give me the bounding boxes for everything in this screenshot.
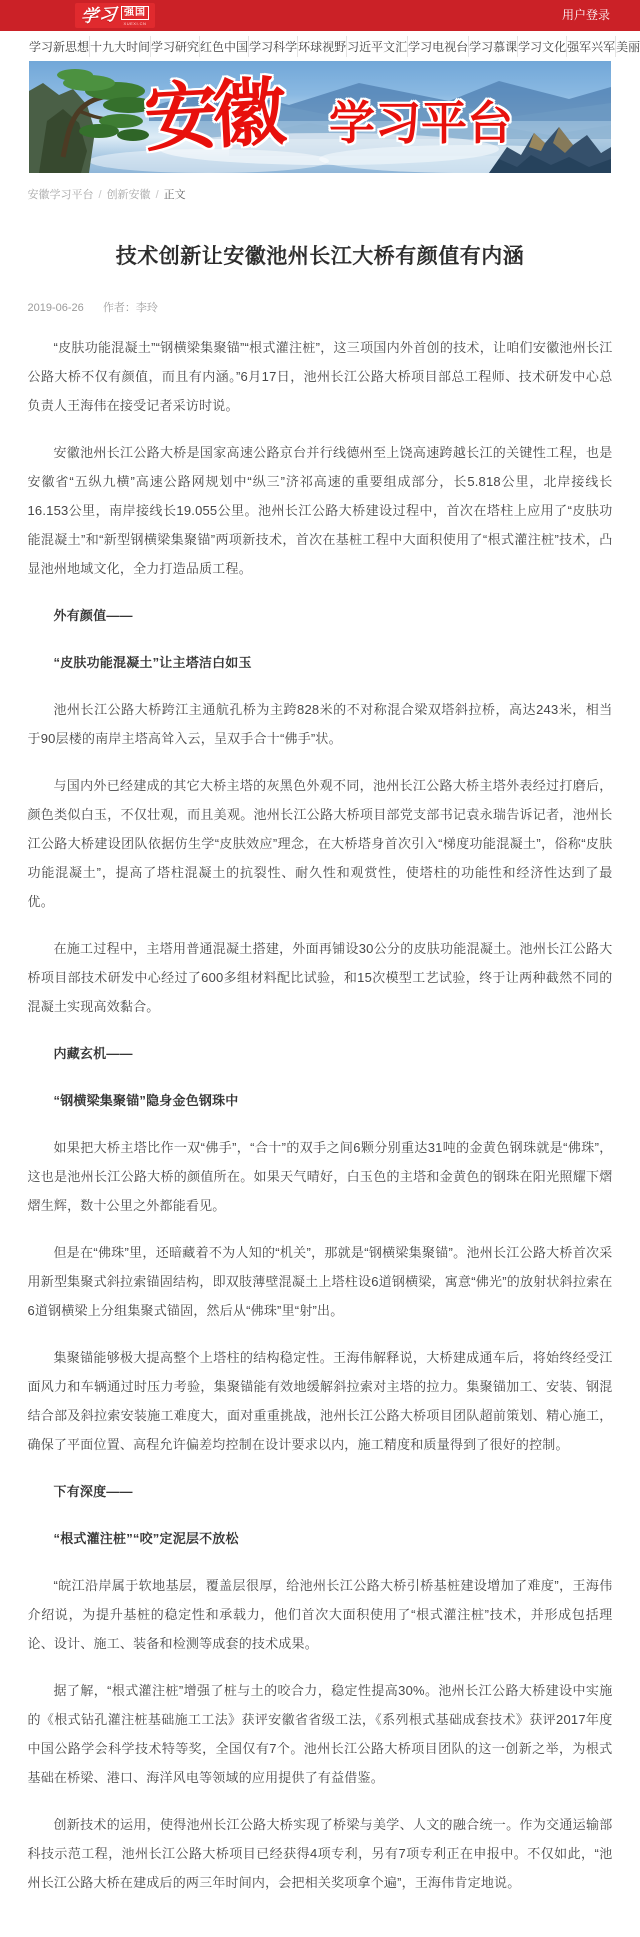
breadcrumb-item-0[interactable]: 安徽学习平台 [28,189,94,201]
breadcrumb-separator: / [99,189,102,201]
logo-script-text: 学习 [80,6,117,25]
section-heading: 内藏玄机—— [28,1039,613,1068]
paragraph: 在施工过程中，主塔用普通混凝土搭建，外面再铺设30公分的皮肤功能混凝土。池州长江… [28,934,613,1021]
paragraph: 安徽池州长江公路大桥是国家高速公路京台并行线德州至上饶高速跨越长江的关键性工程，… [28,438,613,583]
article-body: “皮肤功能混凝土”“钢横梁集聚锚”“根式灌注桩”，这三项国内外首创的技术，让咱们… [28,333,613,1897]
nav-item-2[interactable]: 学习研究 [150,36,199,57]
nav-item-11[interactable]: 美丽中国 [615,36,640,57]
section-heading: “皮肤功能混凝土”让主塔洁白如玉 [28,648,613,677]
anhui-platform-banner: 安徽 学习平台 [29,61,611,173]
breadcrumb: 安徽学习平台/创新安徽/正文 [28,186,613,202]
nav-item-5[interactable]: 环球视野 [297,36,346,57]
paragraph: 集聚锚能够极大提高整个上塔柱的结构稳定性。王海伟解释说，大桥建成通车后，将始终经… [28,1343,613,1459]
paragraph: “皮肤功能混凝土”“钢横梁集聚锚”“根式灌注桩”，这三项国内外首创的技术，让咱们… [28,333,613,420]
xuexi-qiangguo-logo[interactable]: 学习 强国 XUEXI.CN [75,3,155,28]
breadcrumb-item-2: 正文 [164,189,186,201]
user-login-link[interactable]: 用户登录 [562,0,610,31]
section-heading: 下有深度—— [28,1477,613,1506]
banner-platform-title: 学习平台 [329,87,513,153]
nav-item-7[interactable]: 学习电视台 [407,36,468,57]
logo-right-block: 强国 XUEXI.CN [121,6,149,26]
article: 技术创新让安徽池州长江大桥有颜值有内涵 2019-06-26 作者：李玲 “皮肤… [28,240,613,1937]
article-meta: 2019-06-26 作者：李玲 [28,299,613,315]
nav-item-9[interactable]: 学习文化 [517,36,566,57]
paragraph: 创新技术的运用，使得池州长江公路大桥实现了桥梁与美学、人文的融合统一。作为交通运… [28,1810,613,1897]
section-heading: “根式灌注桩”“咬”定泥层不放松 [28,1524,613,1553]
paragraph: 但是在“佛珠”里，还暗藏着不为人知的“机关”，那就是“钢横梁集聚锚”。池州长江公… [28,1238,613,1325]
banner-landscape-art [29,61,611,173]
section-heading: 外有颜值—— [28,601,613,630]
paragraph: 如果把大桥主塔比作一双“佛手”，“合十”的双手之间6颗分别重达31吨的金黄色钢珠… [28,1133,613,1220]
section-heading: “钢横梁集聚锚”隐身金色钢珠中 [28,1086,613,1115]
main-nav: 学习新思想十九大时间学习研究红色中国学习科学环球视野习近平文汇学习电视台学习慕课… [0,31,640,61]
nav-item-6[interactable]: 习近平文汇 [346,36,407,57]
publish-date: 2019-06-26 [28,302,84,314]
paragraph: “皖江沿岸属于软地基层，覆盖层很厚，给池州长江公路大桥引桥基桩建设增加了难度”，… [28,1571,613,1658]
author-label: 作者：李玲 [103,302,158,314]
nav-item-0[interactable]: 学习新思想 [29,36,89,57]
nav-item-8[interactable]: 学习慕课 [468,36,517,57]
article-title: 技术创新让安徽池州长江大桥有颜值有内涵 [28,240,613,270]
logo-box-text: 强国 [121,6,149,20]
banner-calligraphy-anhui: 安徽 [141,61,282,166]
nav-item-1[interactable]: 十九大时间 [89,36,150,57]
paragraph: 池州长江公路大桥跨江主通航孔桥为主跨828米的不对称混合梁双塔斜拉桥，高达243… [28,695,613,753]
nav-item-4[interactable]: 学习科学 [248,36,297,57]
logo-subtitle: XUEXI.CN [124,21,147,26]
paragraph: 与国内外已经建成的其它大桥主塔的灰黑色外观不同，池州长江公路大桥主塔外表经过打磨… [28,771,613,916]
paragraph: 据了解，“根式灌注桩”增强了桩与土的咬合力，稳定性提高30%。池州长江公路大桥建… [28,1676,613,1792]
top-red-bar: 学习 强国 XUEXI.CN 用户登录 [0,0,640,31]
nav-item-10[interactable]: 强军兴军 [566,36,615,57]
breadcrumb-separator: / [156,189,159,201]
breadcrumb-item-1[interactable]: 创新安徽 [107,189,151,201]
nav-list: 学习新思想十九大时间学习研究红色中国学习科学环球视野习近平文汇学习电视台学习慕课… [29,36,611,57]
nav-item-3[interactable]: 红色中国 [199,36,248,57]
